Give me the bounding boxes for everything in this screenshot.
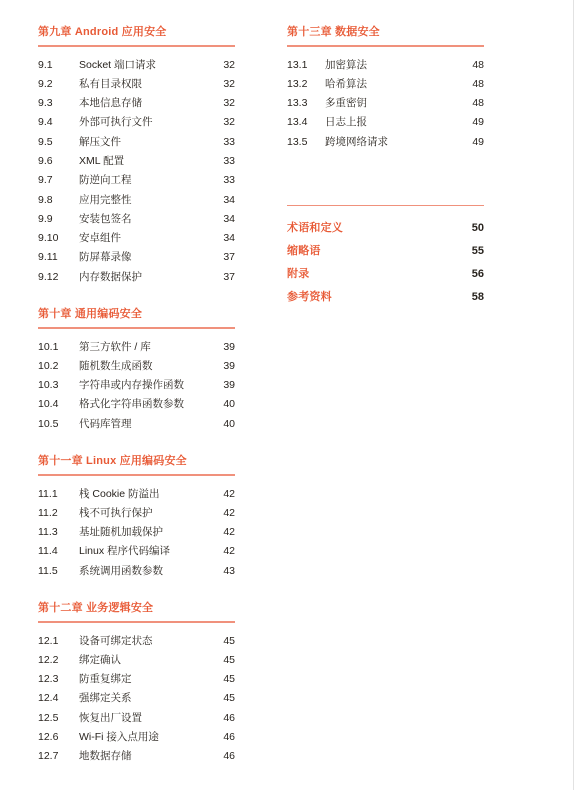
toc-entry-page: 39 bbox=[217, 338, 235, 357]
toc-entry-page: 46 bbox=[217, 747, 235, 766]
toc-entry-title: 恢复出厂设置 bbox=[79, 709, 217, 728]
toc-entry-title: 格式化字符串函数参数 bbox=[79, 395, 217, 414]
toc-entry-number: 11.4 bbox=[38, 542, 79, 561]
toc-entry-page: 46 bbox=[217, 709, 235, 728]
page-edge-line bbox=[573, 0, 574, 790]
toc-entry-title: 栈不可执行保护 bbox=[79, 504, 217, 523]
toc-entry-number: 9.4 bbox=[38, 113, 79, 132]
toc-entry-number: 9.2 bbox=[38, 75, 79, 94]
toc-entry[interactable]: 9.2 私有目录权限 32 bbox=[38, 75, 235, 94]
section-divider bbox=[38, 327, 235, 329]
toc-entry-page: 42 bbox=[217, 542, 235, 561]
section-divider bbox=[38, 474, 235, 476]
toc-section: 第九章 Android 应用安全 9.1 Socket 端口请求 32 9.2 … bbox=[38, 26, 235, 287]
toc-entry-title: 本地信息存储 bbox=[79, 94, 217, 113]
toc-entry-title: 外部可执行文件 bbox=[79, 113, 217, 132]
toc-entry-number: 13.3 bbox=[287, 94, 325, 113]
toc-entry-list: 13.1 加密算法 48 13.2 哈希算法 48 13.3 多重密钥 48 1… bbox=[287, 56, 484, 152]
toc-entry[interactable]: 9.6 XML 配置 33 bbox=[38, 152, 235, 171]
toc-entry-title: 防逆向工程 bbox=[79, 171, 217, 190]
toc-entry-title: 字符串或内存操作函数 bbox=[79, 376, 217, 395]
toc-entry-page: 40 bbox=[217, 395, 235, 414]
toc-entry-title: 随机数生成函数 bbox=[79, 357, 217, 376]
toc-entry-page: 46 bbox=[217, 728, 235, 747]
toc-entry-number: 9.11 bbox=[38, 248, 79, 267]
toc-entry-page: 48 bbox=[466, 94, 484, 113]
toc-entry[interactable]: 13.4 日志上报 49 bbox=[287, 113, 484, 132]
toc-entry-title: 系统调用函数参数 bbox=[79, 562, 217, 581]
section-divider bbox=[38, 621, 235, 623]
toc-entry-page: 48 bbox=[466, 75, 484, 94]
toc-entry-title: 日志上报 bbox=[325, 113, 466, 132]
toc-entry-number: 11.3 bbox=[38, 523, 79, 542]
toc-entry-page: 40 bbox=[217, 415, 235, 434]
toc-entry-title: 设备可绑定状态 bbox=[79, 632, 217, 651]
toc-entry[interactable]: 9.5 解压文件 33 bbox=[38, 133, 235, 152]
backmatter-divider bbox=[287, 205, 484, 207]
toc-entry-page: 32 bbox=[217, 56, 235, 75]
chapter-heading: 第九章 Android 应用安全 bbox=[38, 26, 235, 39]
toc-entry-page: 43 bbox=[217, 562, 235, 581]
toc-entry-page: 32 bbox=[217, 75, 235, 94]
toc-entry-number: 13.4 bbox=[287, 113, 325, 132]
toc-entry[interactable]: 9.12 内存数据保护 37 bbox=[38, 268, 235, 287]
toc-entry-title: 跨境网络请求 bbox=[325, 133, 466, 152]
toc-entry-page: 48 bbox=[466, 56, 484, 75]
toc-left-column: 第九章 Android 应用安全 9.1 Socket 端口请求 32 9.2 … bbox=[38, 26, 235, 788]
toc-entry-number: 12.7 bbox=[38, 747, 79, 766]
toc-entry-number: 12.2 bbox=[38, 651, 79, 670]
toc-entry-title: 防重复绑定 bbox=[79, 670, 217, 689]
toc-entry-page: 45 bbox=[217, 632, 235, 651]
toc-entry[interactable]: 10.4 格式化字符串函数参数 40 bbox=[38, 395, 235, 414]
toc-entry-title: 绑定确认 bbox=[79, 651, 217, 670]
toc-entry[interactable]: 9.7 防逆向工程 33 bbox=[38, 171, 235, 190]
backmatter-label: 参考资料 bbox=[287, 286, 472, 309]
toc-page: 第九章 Android 应用安全 9.1 Socket 端口请求 32 9.2 … bbox=[0, 0, 575, 790]
toc-entry[interactable]: 9.1 Socket 端口请求 32 bbox=[38, 56, 235, 75]
chapter-heading: 第十二章 业务逻辑安全 bbox=[38, 602, 235, 615]
toc-entry-number: 12.4 bbox=[38, 689, 79, 708]
toc-entry-title: 强绑定关系 bbox=[79, 689, 217, 708]
chapter-heading: 第十章 通用编码安全 bbox=[38, 308, 235, 321]
toc-entry-number: 9.6 bbox=[38, 152, 79, 171]
toc-entry-page: 42 bbox=[217, 485, 235, 504]
toc-entry[interactable]: 12.5 恢复出厂设置 46 bbox=[38, 709, 235, 728]
toc-entry-number: 11.5 bbox=[38, 562, 79, 581]
toc-entry-title: 加密算法 bbox=[325, 56, 466, 75]
toc-section: 第十章 通用编码安全 10.1 第三方软件 / 库 39 10.2 随机数生成函… bbox=[38, 308, 235, 434]
backmatter-label: 附录 bbox=[287, 263, 472, 286]
toc-entry-number: 10.4 bbox=[38, 395, 79, 414]
toc-entry-number: 12.6 bbox=[38, 728, 79, 747]
toc-entry-title: Linux 程序代码编译 bbox=[79, 542, 217, 561]
backmatter-entry[interactable]: 参考资料 58 bbox=[287, 286, 484, 309]
toc-entry-number: 10.5 bbox=[38, 415, 79, 434]
toc-entry[interactable]: 11.4 Linux 程序代码编译 42 bbox=[38, 542, 235, 561]
toc-entry-number: 9.10 bbox=[38, 229, 79, 248]
toc-entry-number: 10.2 bbox=[38, 357, 79, 376]
toc-entry-title: 防屏幕录像 bbox=[79, 248, 217, 267]
toc-entry-title: 地数据存储 bbox=[79, 747, 217, 766]
toc-entry[interactable]: 12.7 地数据存储 46 bbox=[38, 747, 235, 766]
toc-entry-title: 基址随机加载保护 bbox=[79, 523, 217, 542]
toc-entry[interactable]: 12.1 设备可绑定状态 45 bbox=[38, 632, 235, 651]
toc-entry-number: 12.1 bbox=[38, 632, 79, 651]
toc-entry[interactable]: 13.3 多重密钥 48 bbox=[287, 94, 484, 113]
toc-entry-title: 安装包签名 bbox=[79, 210, 217, 229]
backmatter-page: 56 bbox=[472, 263, 484, 286]
toc-entry-number: 13.2 bbox=[287, 75, 325, 94]
toc-entry[interactable]: 10.2 随机数生成函数 39 bbox=[38, 357, 235, 376]
toc-entry-title: 安卓组件 bbox=[79, 229, 217, 248]
toc-entry[interactable]: 9.10 安卓组件 34 bbox=[38, 229, 235, 248]
toc-entry[interactable]: 11.5 系统调用函数参数 43 bbox=[38, 562, 235, 581]
toc-entry-title: 哈希算法 bbox=[325, 75, 466, 94]
toc-entry[interactable]: 9.3 本地信息存储 32 bbox=[38, 94, 235, 113]
toc-entry-list: 12.1 设备可绑定状态 45 12.2 绑定确认 45 12.3 防重复绑定 … bbox=[38, 632, 235, 767]
toc-entry-title: Socket 端口请求 bbox=[79, 56, 217, 75]
toc-entry-page: 33 bbox=[217, 152, 235, 171]
toc-entry[interactable]: 9.9 安装包签名 34 bbox=[38, 210, 235, 229]
backmatter-entry[interactable]: 术语和定义 50 bbox=[287, 217, 484, 240]
toc-entry[interactable]: 9.4 外部可执行文件 32 bbox=[38, 113, 235, 132]
toc-entry-page: 39 bbox=[217, 376, 235, 395]
toc-entry[interactable]: 13.1 加密算法 48 bbox=[287, 56, 484, 75]
toc-entry[interactable]: 11.1 栈 Cookie 防溢出 42 bbox=[38, 485, 235, 504]
backmatter-label: 术语和定义 bbox=[287, 217, 472, 240]
toc-entry-page: 37 bbox=[217, 248, 235, 267]
toc-entry[interactable]: 12.6 Wi-Fi 接入点用途 46 bbox=[38, 728, 235, 747]
backmatter-label: 缩略语 bbox=[287, 240, 472, 263]
toc-entry[interactable]: 12.3 防重复绑定 45 bbox=[38, 670, 235, 689]
toc-entry[interactable]: 12.4 强绑定关系 45 bbox=[38, 689, 235, 708]
toc-right-column: 第十三章 数据安全 13.1 加密算法 48 13.2 哈希算法 48 13.3… bbox=[287, 26, 484, 309]
toc-entry-page: 32 bbox=[217, 113, 235, 132]
toc-entry-title: XML 配置 bbox=[79, 152, 217, 171]
toc-entry-page: 45 bbox=[217, 651, 235, 670]
toc-entry-page: 34 bbox=[217, 210, 235, 229]
toc-entry-number: 12.5 bbox=[38, 709, 79, 728]
toc-entry[interactable]: 10.3 字符串或内存操作函数 39 bbox=[38, 376, 235, 395]
toc-entry-number: 13.1 bbox=[287, 56, 325, 75]
toc-entry-list: 11.1 栈 Cookie 防溢出 42 11.2 栈不可执行保护 42 11.… bbox=[38, 485, 235, 581]
section-divider bbox=[38, 45, 235, 47]
toc-entry-title: 应用完整性 bbox=[79, 191, 217, 210]
toc-entry-number: 12.3 bbox=[38, 670, 79, 689]
toc-entry-list: 10.1 第三方软件 / 库 39 10.2 随机数生成函数 39 10.3 字… bbox=[38, 338, 235, 434]
toc-entry[interactable]: 13.5 跨境网络请求 49 bbox=[287, 133, 484, 152]
toc-entry-page: 49 bbox=[466, 113, 484, 132]
toc-entry-page: 45 bbox=[217, 670, 235, 689]
toc-entry-number: 11.2 bbox=[38, 504, 79, 523]
toc-entry-title: 解压文件 bbox=[79, 133, 217, 152]
chapter-heading: 第十一章 Linux 应用编码安全 bbox=[38, 455, 235, 468]
toc-entry-page: 49 bbox=[466, 133, 484, 152]
toc-entry[interactable]: 11.2 栈不可执行保护 42 bbox=[38, 504, 235, 523]
toc-entry-number: 11.1 bbox=[38, 485, 79, 504]
toc-entry[interactable]: 13.2 哈希算法 48 bbox=[287, 75, 484, 94]
toc-entry-page: 42 bbox=[217, 523, 235, 542]
backmatter-page: 55 bbox=[472, 240, 484, 263]
toc-entry-page: 33 bbox=[217, 171, 235, 190]
toc-entry-list: 9.1 Socket 端口请求 32 9.2 私有目录权限 32 9.3 本地信… bbox=[38, 56, 235, 288]
toc-entry-number: 9.9 bbox=[38, 210, 79, 229]
chapter-heading: 第十三章 数据安全 bbox=[287, 26, 484, 39]
toc-entry[interactable]: 10.1 第三方软件 / 库 39 bbox=[38, 338, 235, 357]
toc-section: 第十三章 数据安全 13.1 加密算法 48 13.2 哈希算法 48 13.3… bbox=[287, 26, 484, 152]
toc-entry[interactable]: 12.2 绑定确认 45 bbox=[38, 651, 235, 670]
toc-entry[interactable]: 11.3 基址随机加载保护 42 bbox=[38, 523, 235, 542]
toc-entry[interactable]: 9.8 应用完整性 34 bbox=[38, 191, 235, 210]
backmatter-entry[interactable]: 缩略语 55 bbox=[287, 240, 484, 263]
toc-entry-page: 34 bbox=[217, 191, 235, 210]
toc-entry-title: 第三方软件 / 库 bbox=[79, 338, 217, 357]
toc-entry-title: 多重密钥 bbox=[325, 94, 466, 113]
toc-section: 第十一章 Linux 应用编码安全 11.1 栈 Cookie 防溢出 42 1… bbox=[38, 455, 235, 581]
section-divider bbox=[287, 45, 484, 47]
toc-entry-number: 9.8 bbox=[38, 191, 79, 210]
toc-entry-title: 栈 Cookie 防溢出 bbox=[79, 485, 217, 504]
toc-entry-page: 34 bbox=[217, 229, 235, 248]
toc-entry-page: 42 bbox=[217, 504, 235, 523]
toc-entry-title: 内存数据保护 bbox=[79, 268, 217, 287]
toc-entry[interactable]: 9.11 防屏幕录像 37 bbox=[38, 248, 235, 267]
toc-entry-number: 9.7 bbox=[38, 171, 79, 190]
toc-entry-number: 9.1 bbox=[38, 56, 79, 75]
backmatter-list: 术语和定义 50 缩略语 55 附录 56 参考资料 58 bbox=[287, 217, 484, 309]
toc-entry-page: 39 bbox=[217, 357, 235, 376]
toc-entry-title: Wi-Fi 接入点用途 bbox=[79, 728, 217, 747]
toc-entry-number: 13.5 bbox=[287, 133, 325, 152]
toc-entry-title: 私有目录权限 bbox=[79, 75, 217, 94]
backmatter-entry[interactable]: 附录 56 bbox=[287, 263, 484, 286]
toc-entry-page: 32 bbox=[217, 94, 235, 113]
toc-entry-page: 37 bbox=[217, 268, 235, 287]
toc-entry-number: 9.12 bbox=[38, 268, 79, 287]
backmatter-page: 58 bbox=[472, 286, 484, 309]
toc-entry-number: 10.3 bbox=[38, 376, 79, 395]
toc-entry[interactable]: 10.5 代码库管理 40 bbox=[38, 415, 235, 434]
toc-entry-title: 代码库管理 bbox=[79, 415, 217, 434]
toc-entry-number: 9.3 bbox=[38, 94, 79, 113]
toc-section: 第十二章 业务逻辑安全 12.1 设备可绑定状态 45 12.2 绑定确认 45… bbox=[38, 602, 235, 767]
backmatter-page: 50 bbox=[472, 217, 484, 240]
toc-entry-number: 10.1 bbox=[38, 338, 79, 357]
toc-entry-number: 9.5 bbox=[38, 133, 79, 152]
toc-entry-page: 45 bbox=[217, 689, 235, 708]
toc-entry-page: 33 bbox=[217, 133, 235, 152]
